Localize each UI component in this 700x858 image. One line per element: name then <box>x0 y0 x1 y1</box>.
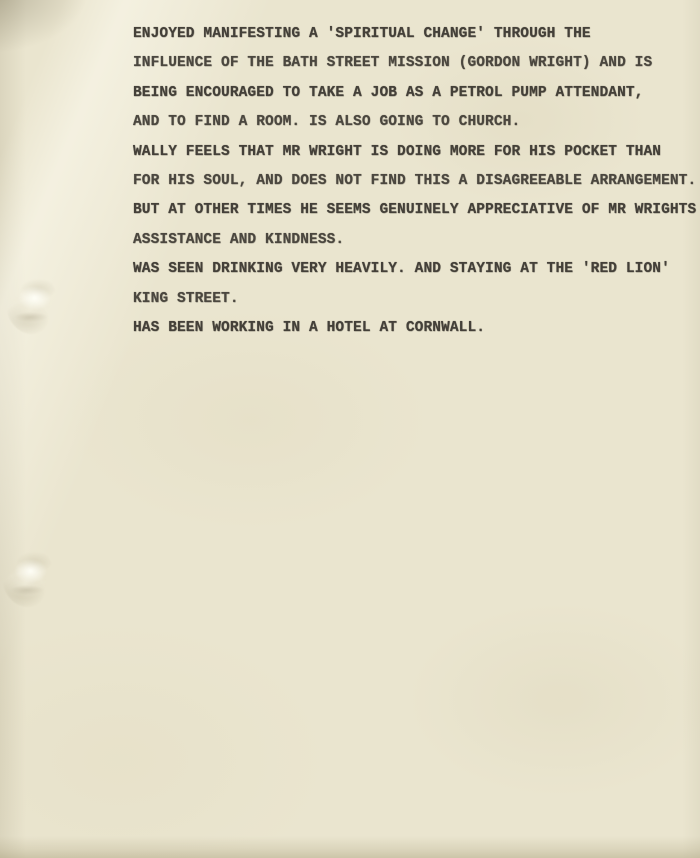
typewritten-line: KING STREET. <box>133 285 693 314</box>
typewritten-line: FOR HIS SOUL, AND DOES NOT FIND THIS A D… <box>133 167 693 196</box>
typewritten-line: ASSISTANCE AND KINDNESS. <box>133 226 693 255</box>
scanned-paper-page: ENJOYED MANIFESTING A 'SPIRITUAL CHANGE'… <box>0 0 700 858</box>
paper-damage-spot-lower <box>2 545 54 607</box>
typewritten-line: WAS SEEN DRINKING VERY HEAVILY. AND STAY… <box>133 255 693 284</box>
typewritten-line: AND TO FIND A ROOM. IS ALSO GOING TO CHU… <box>133 108 693 137</box>
typewritten-line: INFLUENCE OF THE BATH STREET MISSION (GO… <box>133 49 693 78</box>
typewritten-text-block: ENJOYED MANIFESTING A 'SPIRITUAL CHANGE'… <box>133 20 693 343</box>
typewritten-line: HAS BEEN WORKING IN A HOTEL AT CORNWALL. <box>133 314 693 343</box>
typewritten-line: BEING ENCOURAGED TO TAKE A JOB AS A PETR… <box>133 79 693 108</box>
paper-damage-spot-upper <box>6 272 58 334</box>
typewritten-line: WALLY FEELS THAT MR WRIGHT IS DOING MORE… <box>133 138 693 167</box>
typewritten-line: BUT AT OTHER TIMES HE SEEMS GENUINELY AP… <box>133 196 693 225</box>
typewritten-line: ENJOYED MANIFESTING A 'SPIRITUAL CHANGE'… <box>133 20 693 49</box>
